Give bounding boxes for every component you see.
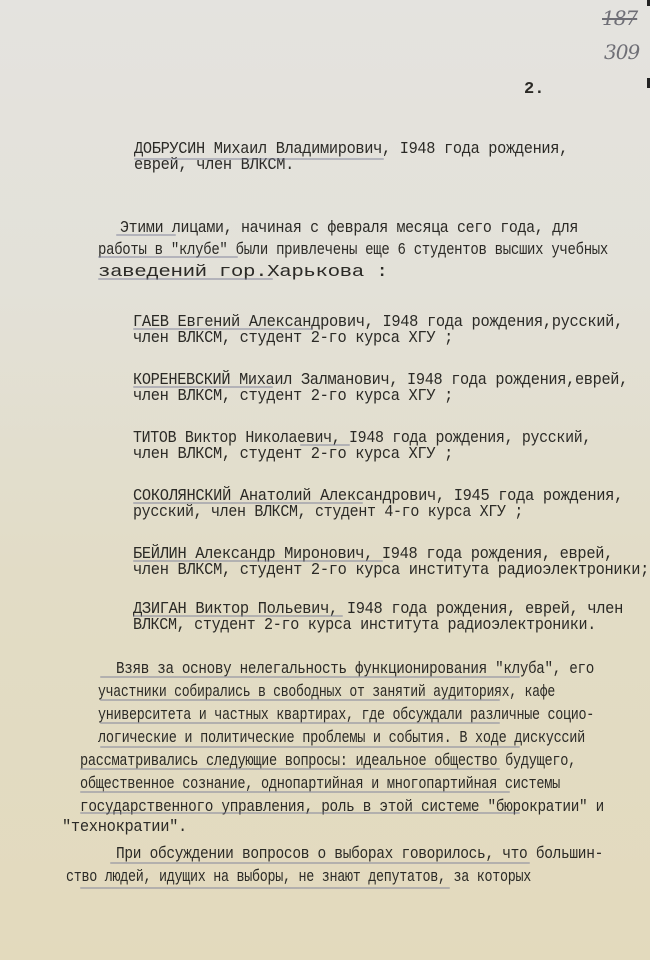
new-sheet-number: 309 <box>604 40 639 64</box>
person-entry-line: член ВЛКСМ, студент 2-го курса ХГУ ; <box>133 329 453 347</box>
person-entry-line: член ВЛКСМ, студент 2-го курса ХГУ ; <box>133 445 453 463</box>
pencil-underline <box>133 560 383 562</box>
pencil-underline <box>110 862 530 864</box>
pencil-underline <box>133 502 363 504</box>
intro-line: Этими лицами, начиная с февраля месяца с… <box>120 219 578 237</box>
pencil-underline <box>133 328 313 330</box>
person-entry-line: член ВЛКСМ, студент 2-го курса института… <box>133 561 649 579</box>
pencil-underline <box>80 812 520 814</box>
archive-document-page: 187 309 2. ДОБРУСИН Михаил Владимирович,… <box>0 0 650 960</box>
pencil-underline <box>100 676 520 678</box>
pencil-underline <box>98 256 238 258</box>
pencil-underline <box>300 444 350 446</box>
pencil-underline <box>133 615 343 617</box>
elections-paragraph-line: При обсуждении вопросов о выборах говори… <box>116 845 603 863</box>
pencil-underline <box>80 768 500 770</box>
pencil-underline <box>133 386 273 388</box>
elections-paragraph-line: ство людей, идущих на выборы, не знают д… <box>66 868 531 886</box>
person-entry-line: член ВЛКСМ, студент 2-го курса ХГУ ; <box>133 387 453 405</box>
pencil-underline <box>100 699 500 701</box>
pencil-underline <box>100 746 520 748</box>
pencil-underline <box>116 234 176 236</box>
pencil-underline <box>100 722 500 724</box>
club-paragraph-line: "технократии". <box>62 818 187 836</box>
club-paragraph-line: логические и политические проблемы и соб… <box>98 729 585 747</box>
person-entry-line: ВЛКСМ, студент 2-го курса института ради… <box>133 616 596 634</box>
pencil-underline <box>98 278 273 280</box>
old-sheet-number: 187 <box>602 6 637 30</box>
person-entry-line: русский, член ВЛКСМ, студент 4-го курса … <box>133 503 523 521</box>
pencil-underline <box>80 887 450 889</box>
page-number: 2. <box>524 80 544 99</box>
pencil-underline <box>134 158 384 160</box>
pencil-underline <box>80 791 510 793</box>
